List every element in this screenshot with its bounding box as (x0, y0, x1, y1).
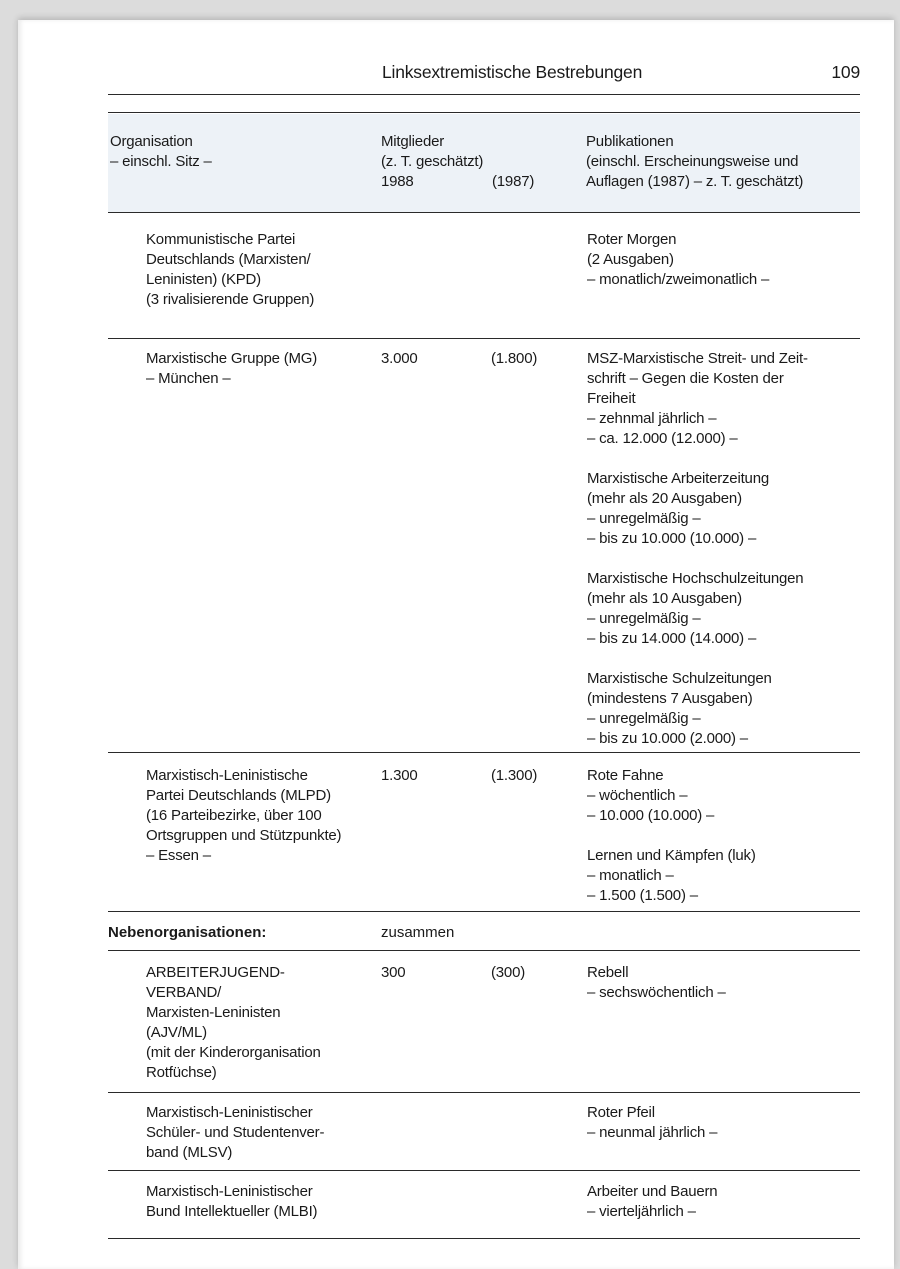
header-year-previous: (1987) (492, 172, 534, 192)
publications-cell: Rote Fahne – wöchentlich – – 10.000 (10.… (587, 766, 862, 906)
members-1987-cell: (300) (491, 963, 525, 983)
members-1988-cell: 300 (381, 963, 405, 983)
divider (108, 1092, 860, 1093)
divider (108, 950, 860, 951)
divider (108, 94, 860, 95)
running-head: Linksextremistische Bestrebungen 109 (108, 62, 860, 88)
organisation-cell: ARBEITERJUGEND- VERBAND/ Marxisten-Lenin… (146, 963, 321, 1083)
divider (108, 752, 860, 753)
publication-entry: Roter Pfeil – neunmal jährlich – (587, 1103, 862, 1143)
publication-entry: Rebell – sechswöchentlich – (587, 963, 862, 1003)
publication-entry: Rote Fahne – wöchentlich – – 10.000 (10.… (587, 766, 862, 826)
divider (108, 1238, 860, 1239)
members-1988-cell: 3.000 (381, 349, 418, 369)
organisation-cell: Marxistisch-Leninistischer Bund Intellek… (146, 1182, 317, 1222)
page-number: 109 (831, 62, 860, 83)
organisation-cell: Kommunistische Partei Deutschlands (Marx… (146, 230, 314, 310)
members-1988-cell: 1.300 (381, 766, 418, 786)
publication-entry: Marxistische Arbeiterzeitung (mehr als 2… (587, 469, 862, 549)
organisation-cell: Marxistische Gruppe (MG) – München – (146, 349, 317, 389)
table-header: Organisation – einschl. Sitz – Mitgliede… (108, 114, 860, 212)
divider (108, 338, 860, 339)
organisation-cell: Marxistisch-Leninistischer Schüler- und … (146, 1103, 324, 1163)
publications-cell: Roter Morgen (2 Ausgaben) – monatlich/zw… (587, 230, 862, 290)
members-1987-cell: (1.800) (491, 349, 537, 369)
publications-cell: MSZ-Marxistische Streit- und Zeit- schri… (587, 349, 862, 749)
publication-entry: MSZ-Marxistische Streit- und Zeit- schri… (587, 349, 862, 449)
subsection-members-note: zusammen (381, 923, 454, 943)
publication-entry: Roter Morgen (2 Ausgaben) – monatlich/zw… (587, 230, 862, 290)
publication-entry: Marxistische Hochschulzeitungen (mehr al… (587, 569, 862, 649)
header-members-label: Mitglieder (z. T. geschätzt) (381, 132, 541, 172)
publication-entry: Arbeiter und Bauern – vierteljährlich – (587, 1182, 862, 1222)
divider (108, 112, 860, 113)
publication-entry: Lernen und Kämpfen (luk) – monatlich – –… (587, 846, 862, 906)
header-publications: Publikationen (einschl. Erscheinungsweis… (586, 132, 803, 192)
header-organisation: Organisation – einschl. Sitz – (110, 132, 212, 172)
publications-cell: Rebell – sechswöchentlich – (587, 963, 862, 1003)
publications-cell: Roter Pfeil – neunmal jährlich – (587, 1103, 862, 1143)
running-head-title: Linksextremistische Bestrebungen (382, 62, 642, 83)
publication-entry: Marxistische Schulzeitungen (mindestens … (587, 669, 862, 749)
members-1987-cell: (1.300) (491, 766, 537, 786)
divider (108, 1170, 860, 1171)
divider (108, 911, 860, 912)
header-members: Mitglieder (z. T. geschätzt) 1988 (1987) (381, 132, 541, 192)
divider (108, 212, 860, 213)
subsection-label: Nebenorganisationen: (108, 923, 266, 943)
organisation-cell: Marxistisch-Leninistische Partei Deutsch… (146, 766, 341, 866)
publications-cell: Arbeiter und Bauern – vierteljährlich – (587, 1182, 862, 1222)
